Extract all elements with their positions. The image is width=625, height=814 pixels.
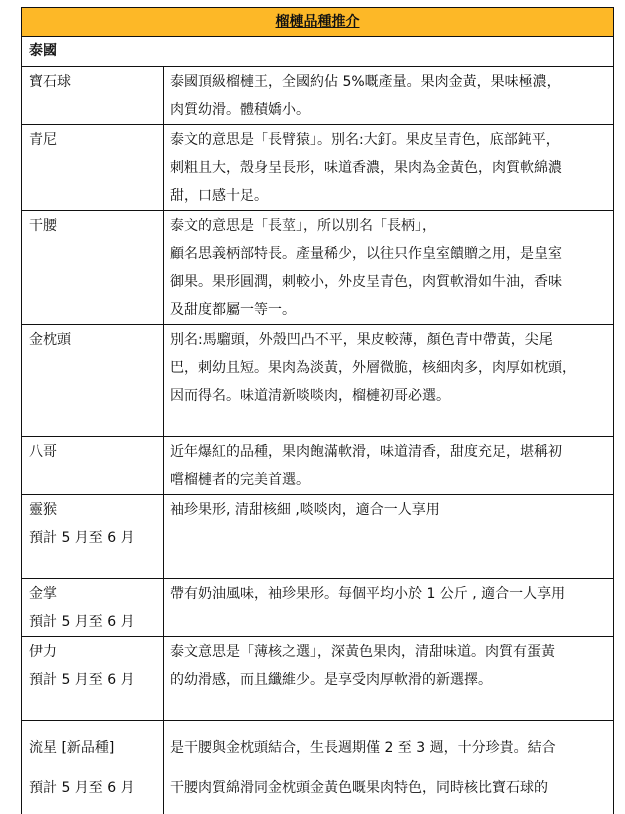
variety-description-cell: 別名:馬騮頭，外殼凹凸不平，果皮較薄，顏色青中帶黃，尖尾 巴，刺幼且短。果肉為淡… <box>164 325 614 437</box>
table-row: 金枕頭 別名:馬騮頭，外殼凹凸不平，果皮較薄，顏色青中帶黃，尖尾 巴，刺幼且短。… <box>22 325 614 437</box>
spacer <box>29 762 157 774</box>
description-line: 干腰肉質綿滑同金枕頭金黃色嘅果肉特色，同時核比寶石球的 <box>170 774 607 802</box>
variety-description-cell: 是干腰與金枕頭結合，生長週期僅 2 至 3 週，十分珍貴。結合 干腰肉質綿滑同金… <box>164 721 614 814</box>
variety-description-cell: 近年爆紅的品種，果肉飽滿軟滑，味道清香，甜度充足，堪稱初 嚐榴槤者的完美首選。 <box>164 437 614 495</box>
table-row: 靈猴 預計 5 月至 6 月 袖珍果形, 清甜核細 ,啖啖肉，適合一人享用 <box>22 495 614 579</box>
region-cell: 泰國 <box>22 37 614 67</box>
variety-name: 八哥 <box>29 438 157 466</box>
variety-name: 伊力 <box>29 638 157 666</box>
variety-name-cell: 金掌 預計 5 月至 6 月 <box>22 579 164 637</box>
variety-description-cell: 帶有奶油風味，袖珍果形。每個平均小於 1 公斤 , 適合一人享用 <box>164 579 614 637</box>
description-line: 泰國頂級榴槤王，全國約佔 5%嘅產量。果肉金黃，果味極濃， <box>170 68 607 96</box>
variety-description-cell: 袖珍果形, 清甜核細 ,啖啖肉，適合一人享用 <box>164 495 614 579</box>
variety-name-cell: 伊力 預計 5 月至 6 月 <box>22 637 164 721</box>
table-row: 青尼 泰文的意思是「長臂猿」。別名:大釘。果皮呈青色，底部鈍平， 刺粗且大，殼身… <box>22 125 614 211</box>
variety-name: 寶石球 <box>29 68 157 96</box>
description-line: 泰文意思是「薄核之選」，深黃色果肉，清甜味道。肉質有蛋黃 <box>170 638 607 666</box>
description-line: 刺粗且大，殼身呈長形，味道香濃，果肉為金黃色，肉質軟綿濃 <box>170 154 607 182</box>
description-line: 顧名思義柄部特長。產量稀少，以往只作皇室饋贈之用，是皇室 <box>170 240 607 268</box>
variety-name-cell: 寶石球 <box>22 67 164 125</box>
region-row: 泰國 <box>22 37 614 67</box>
title-row: 榴槤品種推介 <box>22 8 614 37</box>
variety-season: 預計 5 月至 6 月 <box>29 608 157 636</box>
description-line: 嚐榴槤者的完美首選。 <box>170 466 607 494</box>
description-line: 近年爆紅的品種，果肉飽滿軟滑，味道清香，甜度充足，堪稱初 <box>170 438 607 466</box>
spacer <box>29 722 157 734</box>
variety-name-cell: 八哥 <box>22 437 164 495</box>
variety-name-cell: 干腰 <box>22 211 164 325</box>
variety-name: 金掌 <box>29 580 157 608</box>
description-line: 袖珍果形, 清甜核細 ,啖啖肉，適合一人享用 <box>170 496 607 524</box>
description-line: 及甜度都屬一等一。 <box>170 296 607 324</box>
description-line: 泰文的意思是「長莖」，所以別名「長柄」， <box>170 212 607 240</box>
description-line: 甜，口感十足。 <box>170 182 607 210</box>
variety-description-cell: 泰文的意思是「長臂猿」。別名:大釘。果皮呈青色，底部鈍平， 刺粗且大，殼身呈長形… <box>164 125 614 211</box>
variety-name-cell: 靈猴 預計 5 月至 6 月 <box>22 495 164 579</box>
table-row: 干腰 泰文的意思是「長莖」，所以別名「長柄」， 顧名思義柄部特長。產量稀少，以往… <box>22 211 614 325</box>
variety-description-cell: 泰國頂級榴槤王，全國約佔 5%嘅產量。果肉金黃，果味極濃， 肉質幼滑。體積嬌小。 <box>164 67 614 125</box>
variety-name-cell: 青尼 <box>22 125 164 211</box>
description-line: 的幼滑感，而且纖維少。是享受肉厚軟滑的新選擇。 <box>170 666 607 694</box>
description-line: 因而得名。味道清新啖啖肉，榴槤初哥必選。 <box>170 382 607 410</box>
table-title: 榴槤品種推介 <box>276 14 360 30</box>
table-row: 寶石球 泰國頂級榴槤王，全國約佔 5%嘅產量。果肉金黃，果味極濃， 肉質幼滑。體… <box>22 67 614 125</box>
spacer <box>170 762 607 774</box>
spacer <box>170 722 607 734</box>
table-row: 金掌 預計 5 月至 6 月 帶有奶油風味，袖珍果形。每個平均小於 1 公斤 ,… <box>22 579 614 637</box>
description-line: 是干腰與金枕頭結合，生長週期僅 2 至 3 週，十分珍貴。結合 <box>170 734 607 762</box>
variety-season: 預計 5 月至 6 月 <box>29 524 157 552</box>
durian-varieties-table: 榴槤品種推介 泰國 寶石球 泰國頂級榴槤王，全國約佔 5%嘅產量。果肉金黃，果味… <box>21 7 614 814</box>
variety-name: 靈猴 <box>29 496 157 524</box>
variety-description-cell: 泰文意思是「薄核之選」，深黃色果肉，清甜味道。肉質有蛋黃 的幼滑感，而且纖維少。… <box>164 637 614 721</box>
description-line: 肉質幼滑。體積嬌小。 <box>170 96 607 124</box>
table-row: 八哥 近年爆紅的品種，果肉飽滿軟滑，味道清香，甜度充足，堪稱初 嚐榴槤者的完美首… <box>22 437 614 495</box>
variety-name: 干腰 <box>29 212 157 240</box>
variety-description-cell: 泰文的意思是「長莖」，所以別名「長柄」， 顧名思義柄部特長。產量稀少，以往只作皇… <box>164 211 614 325</box>
description-line: 別名:馬騮頭，外殼凹凸不平，果皮較薄，顏色青中帶黃，尖尾 <box>170 326 607 354</box>
table-row: 伊力 預計 5 月至 6 月 泰文意思是「薄核之選」，深黃色果肉，清甜味道。肉質… <box>22 637 614 721</box>
description-line: 帶有奶油風味，袖珍果形。每個平均小於 1 公斤 , 適合一人享用 <box>170 580 607 608</box>
variety-name-cell: 流星 [新品種] 預計 5 月至 6 月 <box>22 721 164 814</box>
title-cell: 榴槤品種推介 <box>22 8 614 37</box>
description-line: 泰文的意思是「長臂猿」。別名:大釘。果皮呈青色，底部鈍平， <box>170 126 607 154</box>
table-row: 流星 [新品種] 預計 5 月至 6 月 是干腰與金枕頭結合，生長週期僅 2 至… <box>22 721 614 814</box>
variety-name-cell: 金枕頭 <box>22 325 164 437</box>
variety-name: 流星 [新品種] <box>29 734 157 762</box>
variety-name: 金枕頭 <box>29 326 157 354</box>
description-line: 巴，刺幼且短。果肉為淡黃，外層微脆，核細肉多，肉厚如枕頭， <box>170 354 607 382</box>
variety-season: 預計 5 月至 6 月 <box>29 774 157 802</box>
description-line: 御果。果形圓潤，刺較小，外皮呈青色，肉質軟滑如牛油，香味 <box>170 268 607 296</box>
region-heading: 泰國 <box>29 43 57 59</box>
variety-name: 青尼 <box>29 126 157 154</box>
variety-season: 預計 5 月至 6 月 <box>29 666 157 694</box>
